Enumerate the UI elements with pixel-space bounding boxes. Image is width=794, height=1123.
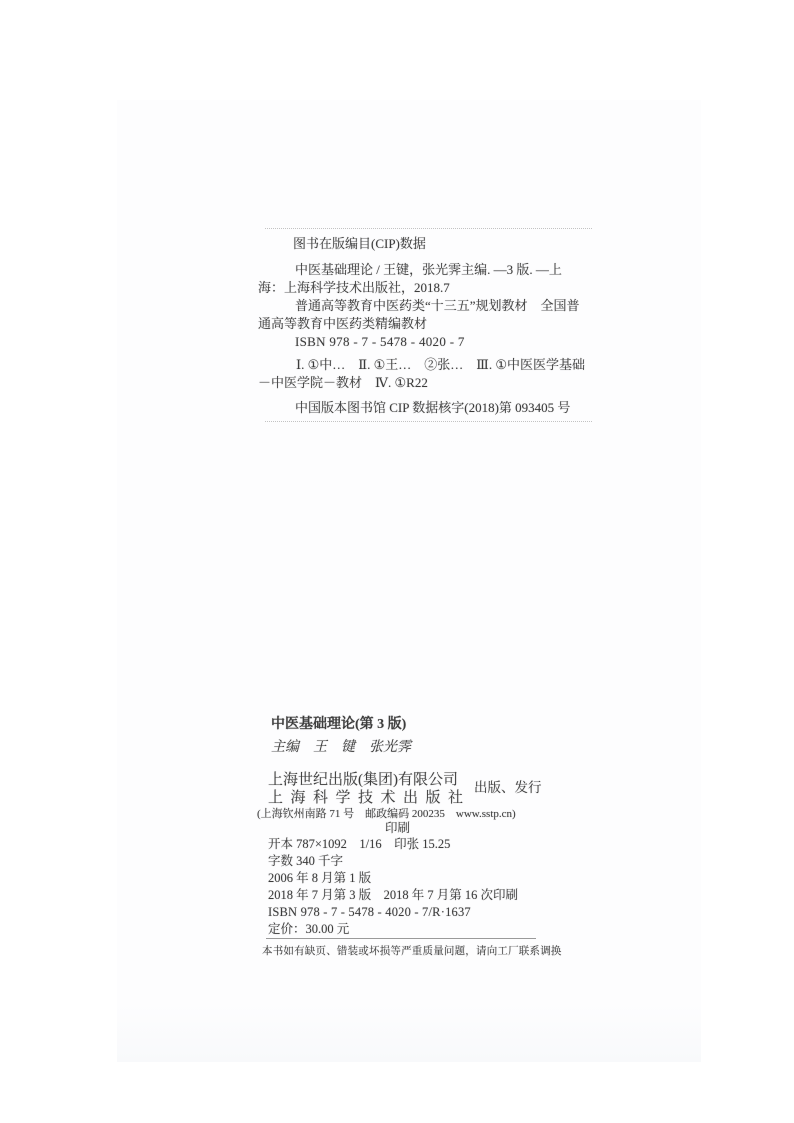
publisher-name: 上海科学技术出版社 bbox=[268, 789, 471, 808]
word-count-line: 字数 340 千字 bbox=[268, 854, 343, 870]
editors-line: 主编 王 键 张光霁 bbox=[271, 739, 411, 757]
cip-record-number: 中国版本图书馆 CIP 数据核字(2018)第 093405 号 bbox=[295, 400, 570, 416]
printing-label: 印刷 bbox=[385, 821, 410, 837]
cip-bottom-divider bbox=[265, 421, 592, 422]
cip-description-line2: 海：上海科学技术出版社，2018.7 bbox=[258, 280, 450, 296]
publisher-address: (上海钦州南路 71 号 邮政编码 200235 www.sstp.cn) bbox=[257, 808, 516, 822]
cip-heading: 图书在版编目(CIP)数据 bbox=[293, 236, 426, 252]
cip-classification-line1: Ⅰ. ①中… Ⅱ. ①王… ②张… Ⅲ. ①中医医学基础 bbox=[296, 357, 585, 373]
footer-divider bbox=[266, 938, 536, 939]
scanned-copyright-page: 图书在版编目(CIP)数据 中医基础理论 / 王键，张光霁主编. —3 版. —… bbox=[0, 0, 794, 1123]
publisher-group: 上海世纪出版(集团)有限公司 bbox=[268, 771, 458, 790]
cip-top-divider bbox=[265, 228, 592, 229]
cip-series-line1: 普通高等教育中医药类“十三五”规划教材 全国普 bbox=[295, 298, 580, 314]
quality-notice: 本书如有缺页、错装或坏损等严重质量问题，请向工厂联系调换 bbox=[262, 945, 562, 958]
cip-series-line2: 通高等教育中医药类精编教材 bbox=[258, 316, 427, 332]
price-line: 定价：30.00 元 bbox=[268, 922, 349, 938]
publish-role-label: 出版、发行 bbox=[474, 780, 542, 797]
cip-classification-line2: －中医学院－教材 Ⅳ. ①R22 bbox=[258, 375, 428, 391]
book-title: 中医基础理论(第 3 版) bbox=[271, 716, 406, 734]
format-line: 开本 787×1092 1/16 印张 15.25 bbox=[268, 837, 450, 853]
cip-isbn: ISBN 978 - 7 - 5478 - 4020 - 7 bbox=[295, 334, 465, 350]
cip-description-line1: 中医基础理论 / 王键，张光霁主编. —3 版. —上 bbox=[295, 262, 562, 278]
current-edition-line: 2018 年 7 月第 3 版 2018 年 7 月第 16 次印刷 bbox=[268, 888, 518, 904]
colophon-isbn: ISBN 978 - 7 - 5478 - 4020 - 7/R·1637 bbox=[268, 905, 471, 921]
first-edition-line: 2006 年 8 月第 1 版 bbox=[268, 871, 371, 887]
